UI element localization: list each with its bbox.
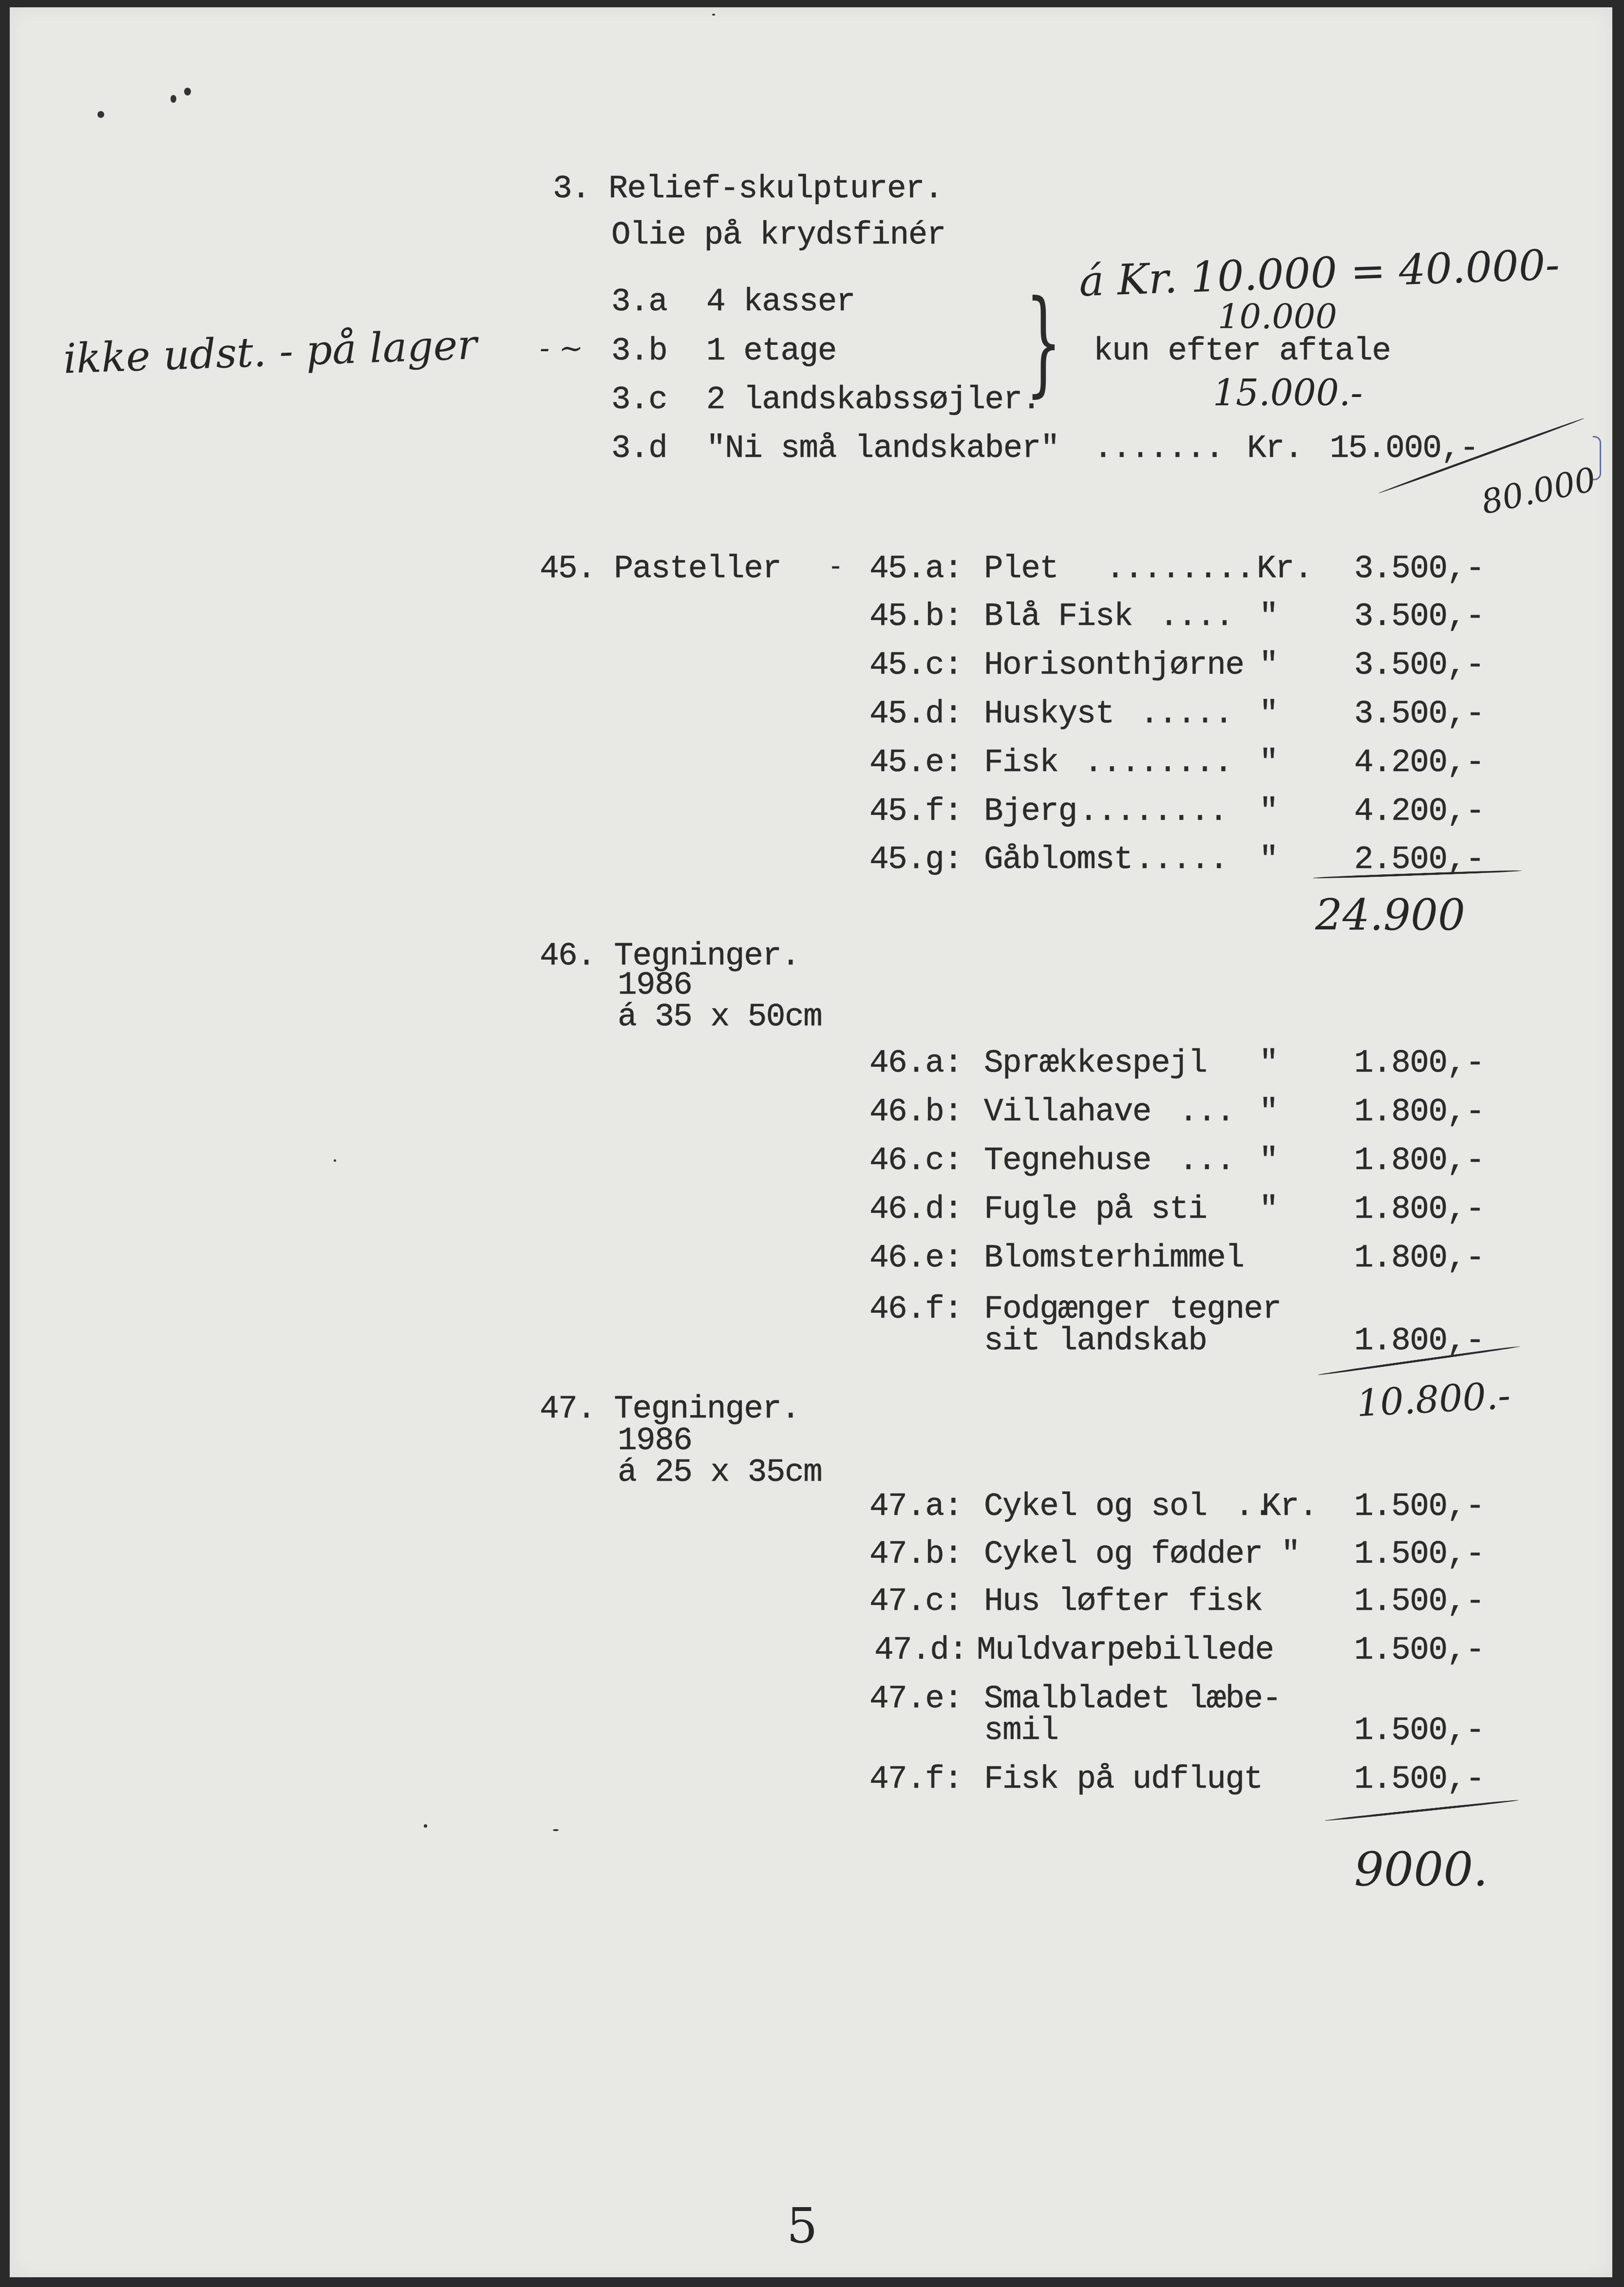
section-47-size: á 25 x 35cm — [618, 1456, 822, 1489]
item-currency: " — [1259, 1145, 1278, 1177]
item-label: Gåblomst — [984, 844, 1133, 876]
item-code: 45.e: — [869, 747, 963, 779]
item-price: 2.500,- — [1354, 844, 1484, 876]
item-currency: " — [1281, 1538, 1300, 1570]
section-3-title: 3. Relief-skulpturer. — [553, 173, 943, 205]
stray-mark — [553, 1829, 559, 1831]
item-label: Sprækkespejl — [984, 1047, 1207, 1079]
page-number: 5 — [787, 2202, 818, 2250]
item-currency: " — [1259, 1193, 1278, 1226]
item-code: 47.d: — [874, 1634, 967, 1666]
item-price: 1.500,- — [1354, 1538, 1484, 1570]
item-price: 1.800,- — [1354, 1242, 1484, 1274]
item-label: "Ni små landskaber" — [706, 433, 1059, 465]
item-label: Blå Fisk — [984, 601, 1133, 633]
item-price: 1.800,- — [1354, 1325, 1484, 1357]
item-label: Fodgænger tegner — [984, 1293, 1281, 1325]
punch-mark — [97, 111, 104, 118]
item-code: 45.c: — [869, 649, 963, 681]
item-code: 46.a: — [869, 1047, 963, 1079]
item-leader: .... — [1159, 601, 1233, 633]
item-currency: " — [1259, 844, 1278, 876]
blue-bracket-mark — [1593, 436, 1601, 480]
item-label: Blomsterhimmel — [984, 1242, 1244, 1274]
item-code: 45.g: — [869, 844, 963, 876]
item-leader: ... — [1179, 1145, 1234, 1177]
item-leader: ........ — [1084, 747, 1232, 779]
item-label-continued: sit landskab — [984, 1325, 1207, 1357]
handwritten-total-46: 10.800.- — [1356, 1377, 1511, 1422]
section-47-title: 47. Tegninger. — [540, 1393, 800, 1425]
item-code: 46.c: — [869, 1145, 963, 1177]
item-price: 3.500,- — [1354, 601, 1484, 633]
item-label: Villahave — [984, 1096, 1151, 1128]
item-price: 1.800,- — [1354, 1193, 1484, 1226]
item-price: 1.500,- — [1354, 1634, 1484, 1666]
item-code: 3.b — [611, 335, 667, 367]
section-46-year: 1986 — [618, 969, 692, 1002]
item-label: Muldvarpebillede — [977, 1634, 1274, 1666]
item-code: 45.a: — [869, 553, 963, 585]
item-label: 4 kasser — [706, 286, 855, 318]
handwritten-price-3c: 15.000.- — [1213, 375, 1362, 411]
item-leader: ....... — [1094, 433, 1224, 465]
item-leader: ... — [1179, 1096, 1234, 1128]
item-currency: " — [1259, 649, 1278, 681]
item-price: 4.200,- — [1354, 747, 1484, 779]
item-code: 47.e: — [869, 1683, 963, 1715]
brace-note: kun efter aftale — [1094, 335, 1391, 367]
item-price: 1.800,- — [1354, 1047, 1484, 1079]
item-label: Plet — [984, 553, 1058, 585]
item-price: 3.500,- — [1354, 649, 1484, 681]
item-code: 47.b: — [869, 1538, 963, 1570]
stray-mark — [334, 1159, 336, 1162]
item-price: 1.500,- — [1354, 1586, 1484, 1618]
item-price: 1.500,- — [1354, 1763, 1484, 1796]
item-price: 1.500,- — [1354, 1491, 1484, 1523]
item-code: 46.d: — [869, 1193, 963, 1226]
right-brace-icon: } — [1025, 285, 1062, 399]
item-label: Fisk — [984, 747, 1058, 779]
item-price: 1.800,- — [1354, 1096, 1484, 1128]
item-code: 45.b: — [869, 601, 963, 633]
punch-mark — [184, 88, 191, 95]
section-47-year: 1986 — [618, 1425, 692, 1457]
item-currency: " — [1259, 1047, 1278, 1079]
item-code: 3.d — [611, 433, 667, 465]
section-45-title: 45. Pasteller — [540, 553, 781, 585]
item-price: 15.000,- — [1330, 433, 1478, 465]
item-currency: Kr. — [1247, 433, 1303, 465]
item-leader: ........ — [1106, 553, 1254, 585]
stray-mark — [712, 14, 715, 16]
item-code: 45.d: — [869, 698, 963, 730]
item-code: 45.f: — [869, 795, 963, 828]
item-label: Fugle på sti — [984, 1193, 1207, 1226]
item-currency: Kr. — [1262, 1491, 1317, 1523]
section-3-subtitle: Olie på krydsfinér — [611, 219, 945, 251]
handwritten-total-45: 24.900 — [1315, 894, 1465, 937]
handwritten-price-3b: 10.000 — [1218, 300, 1337, 334]
item-code: 46.f: — [869, 1293, 963, 1325]
item-label: Smalbladet læbe- — [984, 1683, 1281, 1715]
item-price: 1.500,- — [1354, 1715, 1484, 1747]
item-code: 46.e: — [869, 1242, 963, 1274]
item-price: 3.500,- — [1354, 698, 1484, 730]
item-label: Bjerg — [984, 795, 1077, 828]
item-code: 46.b: — [869, 1096, 963, 1128]
item-label: 2 landskabssøjler. — [706, 384, 1040, 416]
item-code: 3.c — [611, 384, 667, 416]
item-label: Cykel og sol — [984, 1491, 1207, 1523]
item-label: 1 etage — [706, 335, 836, 367]
stray-mark — [424, 1824, 427, 1828]
item-label: Huskyst — [984, 698, 1114, 730]
item-currency: " — [1259, 795, 1278, 828]
item-label-continued: smil — [984, 1715, 1058, 1747]
handwritten-total-47: 9000. — [1354, 1846, 1488, 1893]
item-code: 47.c: — [869, 1586, 963, 1618]
item-code: 47.f: — [869, 1763, 963, 1796]
item-label: Fisk på udflugt — [984, 1763, 1263, 1796]
item-currency: " — [1259, 1096, 1278, 1128]
item-price: 1.800,- — [1354, 1145, 1484, 1177]
item-leader: ..... — [1135, 844, 1228, 876]
item-label: Horisonthjørne — [984, 649, 1244, 681]
item-currency: " — [1259, 698, 1278, 730]
item-price: 3.500,- — [1354, 553, 1484, 585]
punch-mark — [170, 95, 176, 103]
item-price: 4.200,- — [1354, 795, 1484, 828]
item-currency: Kr. — [1257, 553, 1312, 585]
item-label: Cykel og fødder — [984, 1538, 1263, 1570]
item-leader: ..... — [1140, 698, 1233, 730]
item-label: Hus løfter fisk — [984, 1586, 1263, 1618]
handwritten-dash-3b: - ~ — [540, 334, 584, 363]
item-currency: " — [1259, 601, 1278, 633]
item-currency: " — [1259, 747, 1278, 779]
section-45-dash: - — [828, 555, 843, 581]
item-code: 3.a — [611, 286, 667, 318]
section-46-size: á 35 x 50cm — [618, 1001, 822, 1033]
item-label: Tegnehuse — [984, 1145, 1151, 1177]
item-code: 47.a: — [869, 1491, 963, 1523]
item-leader: ........ — [1079, 795, 1227, 828]
